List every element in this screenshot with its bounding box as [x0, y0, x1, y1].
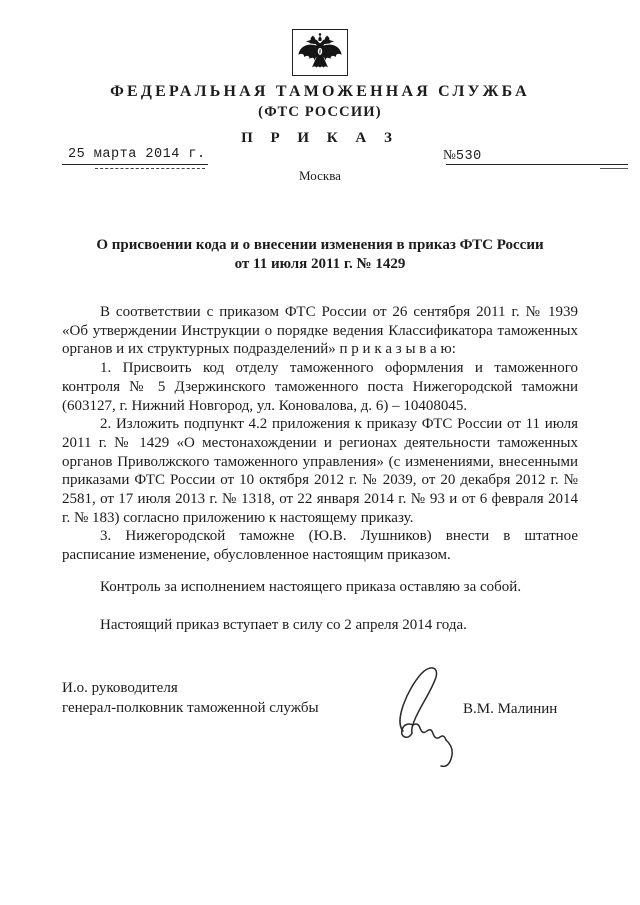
org-short-name: (ФТС РОССИИ) — [0, 104, 640, 121]
order-document-page: ФЕДЕРАЛЬНАЯ ТАМОЖЕННАЯ СЛУЖБА (ФТС РОССИ… — [0, 0, 640, 905]
paragraph-item-3: 3. Нижегородской таможне (Ю.В. Лушников)… — [62, 527, 578, 564]
org-name: ФЕДЕРАЛЬНАЯ ТАМОЖЕННАЯ СЛУЖБА — [0, 83, 640, 101]
order-number: №530 — [443, 147, 482, 164]
control-clause: Контроль за исполнением настоящего прика… — [62, 578, 578, 597]
handwritten-signature-icon — [372, 657, 477, 775]
paragraph-item-1: 1. Присвоить код отделу таможенного офор… — [62, 359, 578, 415]
paragraph-preamble: В соответствии с приказом ФТС России от … — [62, 303, 578, 359]
issue-city: Москва — [0, 168, 640, 184]
order-title-line1: О присвоении кода и о внесении изменения… — [60, 236, 580, 255]
date-underline — [62, 164, 208, 165]
paragraph-item-2: 2. Изложить подпункт 4.2 приложения к пр… — [62, 415, 578, 527]
number-value: 530 — [456, 149, 482, 164]
order-title-line2: от 11 июля 2011 г. № 1429 — [60, 255, 580, 274]
double-headed-eagle-icon — [295, 32, 345, 73]
number-underline — [446, 164, 628, 165]
signer-position-line1: И.о. руководителя — [62, 678, 319, 698]
order-date: 25 марта 2014 г. — [68, 147, 206, 162]
document-type-heading: П Р И К А З — [0, 130, 640, 147]
signer-name: В.М. Малинин — [463, 701, 557, 718]
order-body: В соответствии с приказом ФТС России от … — [62, 303, 578, 634]
signer-position-line2: генерал-полковник таможенной службы — [62, 698, 319, 718]
state-emblem-box — [292, 29, 348, 76]
order-title: О присвоении кода и о внесении изменения… — [60, 236, 580, 274]
effective-date-clause: Настоящий приказ вступает в силу со 2 ап… — [62, 616, 578, 635]
number-sign: № — [443, 147, 456, 162]
signer-position: И.о. руководителя генерал-полковник тамо… — [62, 678, 319, 718]
